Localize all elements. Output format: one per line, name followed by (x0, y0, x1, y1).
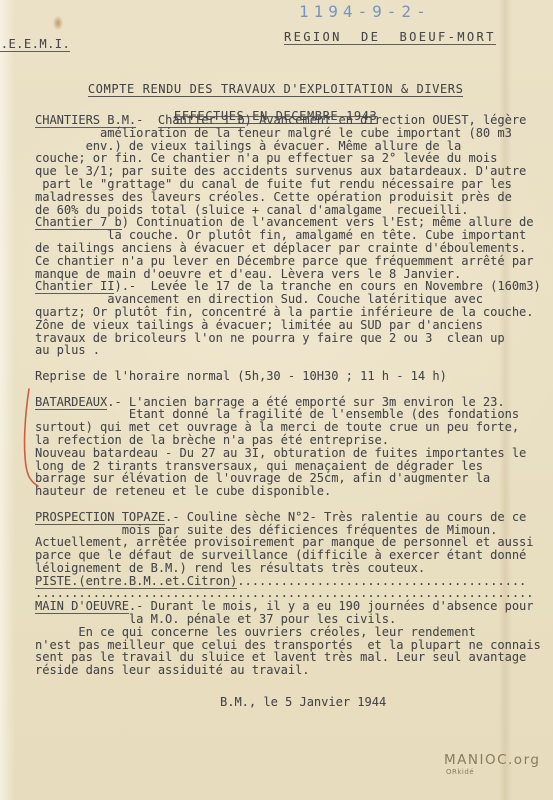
region-title: REGION DE BOEUF-MORT (284, 30, 496, 44)
signature-dateline: B.M., le 5 Janvier 1944 (220, 695, 386, 709)
document-line: travaux de bricoleurs l'on ne pourra y f… (35, 332, 553, 345)
org-label: L.E.E.M.I. (0, 37, 70, 51)
document-line: hauteur de reteneu et le cube disponible… (35, 485, 553, 498)
org-label-text: L.E.E.M.I. (0, 37, 70, 52)
document-title-line1: COMPTE RENDU DES TRAVAUX D'EXPLOITATION … (88, 82, 464, 97)
document-line: réside dans leur assiduité au travail. (35, 664, 553, 677)
document-line: Reprise de l'horaire normal (5h,30 - 10H… (35, 370, 553, 383)
document-line: au plus . (35, 344, 553, 357)
manioc-watermark: MANIOC.org (444, 752, 540, 768)
manioc-watermark-subtext: ORkidé (446, 768, 474, 776)
document-body: CHANTIERS B.M.- Chantier 1 b) Avancement… (35, 114, 553, 677)
scanned-document-page: 1194-9-2- L.E.E.M.I. REGION DE BOEUF-MOR… (0, 0, 553, 800)
region-title-text: REGION DE BOEUF-MORT (284, 30, 496, 45)
archive-number-stamp: 1194-9-2- (299, 2, 431, 21)
